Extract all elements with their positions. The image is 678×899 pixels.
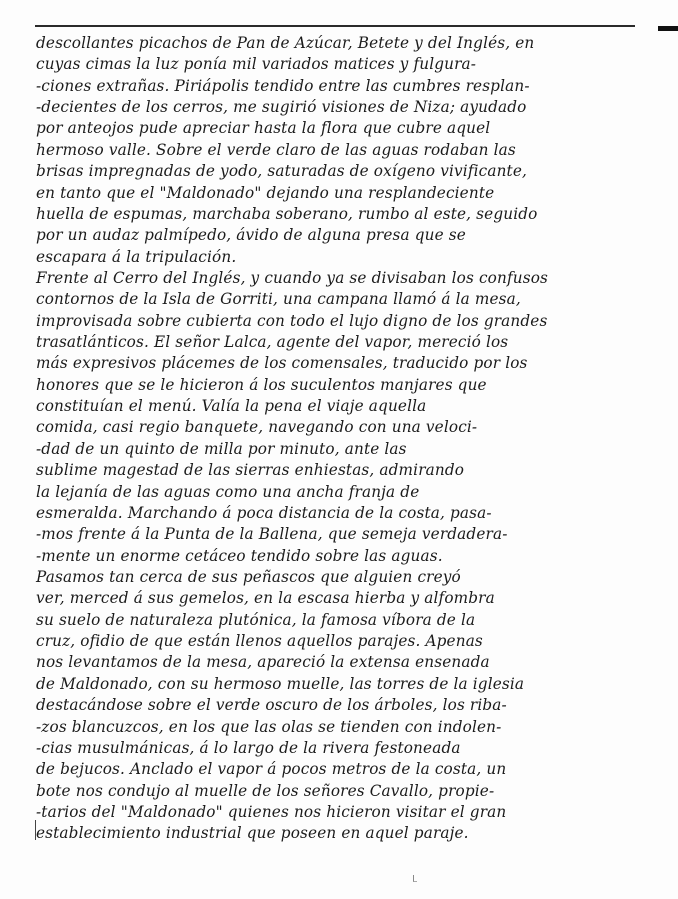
handwritten-line: -mente un enorme cetáceo tendido sobre l… — [36, 546, 651, 567]
handwritten-line: cruz, ofidio de que están llenos aquello… — [36, 631, 651, 652]
handwritten-line: Frente al Cerro del Inglés, y cuando ya … — [36, 268, 651, 289]
margin-tick-mark — [35, 820, 36, 840]
handwritten-line: de bejucos. Anclado el vapor á pocos met… — [36, 759, 651, 780]
scan-speck — [413, 875, 417, 882]
handwritten-line: constituían el menú. Valía la pena el vi… — [36, 396, 651, 417]
handwritten-line: hermoso valle. Sobre el verde claro de l… — [36, 140, 651, 161]
handwritten-line: comida, casi regio banquete, navegando c… — [36, 417, 651, 438]
handwritten-line: brisas impregnadas de yodo, saturadas de… — [36, 161, 651, 182]
handwritten-line: ver, merced á sus gemelos, en la escasa … — [36, 588, 651, 609]
handwritten-line: Pasamos tan cerca de sus peñascos que al… — [36, 567, 651, 588]
handwritten-line: su suelo de naturaleza plutónica, la fam… — [36, 610, 651, 631]
handwritten-line: honores que se le hicieron á los suculen… — [36, 375, 651, 396]
handwritten-line: escapara á la tripulación. — [36, 247, 651, 268]
top-ruled-line — [35, 25, 635, 27]
handwritten-line: descollantes picachos de Pan de Azúcar, … — [36, 33, 651, 54]
handwritten-line: -cias musulmánicas, á lo largo de la riv… — [36, 738, 651, 759]
handwritten-line: destacándose sobre el verde oscuro de lo… — [36, 695, 651, 716]
handwritten-line: improvisada sobre cubierta con todo el l… — [36, 311, 651, 332]
handwritten-line: trasatlánticos. El señor Lalca, agente d… — [36, 332, 651, 353]
handwritten-line: cuyas cimas la luz ponía mil variados ma… — [36, 54, 651, 75]
handwritten-line: -mos frente á la Punta de la Ballena, qu… — [36, 524, 651, 545]
scan-edge-mark — [658, 26, 678, 31]
handwritten-line: bote nos condujo al muelle de los señore… — [36, 781, 651, 802]
handwritten-line: más expresivos plácemes de los comensale… — [36, 353, 651, 374]
handwritten-line: -ciones extrañas. Piriápolis tendido ent… — [36, 76, 651, 97]
handwritten-line: esmeralda. Marchando á poca distancia de… — [36, 503, 651, 524]
handwritten-line: por un audaz palmípedo, ávido de alguna … — [36, 225, 651, 246]
handwritten-line: en tanto que el "Maldonado" dejando una … — [36, 183, 651, 204]
handwritten-line: -decientes de los cerros, me sugirió vis… — [36, 97, 651, 118]
handwritten-line: huella de espumas, marchaba soberano, ru… — [36, 204, 651, 225]
handwritten-line: -dad de un quinto de milla por minuto, a… — [36, 439, 651, 460]
handwritten-line: nos levantamos de la mesa, apareció la e… — [36, 652, 651, 673]
handwritten-line: contornos de la Isla de Gorriti, una cam… — [36, 289, 651, 310]
handwritten-line: establecimiento industrial que poseen en… — [36, 823, 651, 844]
scanned-page: descollantes picachos de Pan de Azúcar, … — [0, 0, 678, 899]
handwritten-line: sublime magestad de las sierras enhiesta… — [36, 460, 651, 481]
handwritten-line: de Maldonado, con su hermoso muelle, las… — [36, 674, 651, 695]
handwritten-text-block: descollantes picachos de Pan de Azúcar, … — [36, 33, 656, 845]
handwritten-line: por anteojos pude apreciar hasta la flor… — [36, 118, 651, 139]
handwritten-line: la lejanía de las aguas como una ancha f… — [36, 482, 651, 503]
handwritten-line: -zos blancuzcos, en los que las olas se … — [36, 717, 651, 738]
handwritten-line: -tarios del "Maldonado" quienes nos hici… — [36, 802, 651, 823]
